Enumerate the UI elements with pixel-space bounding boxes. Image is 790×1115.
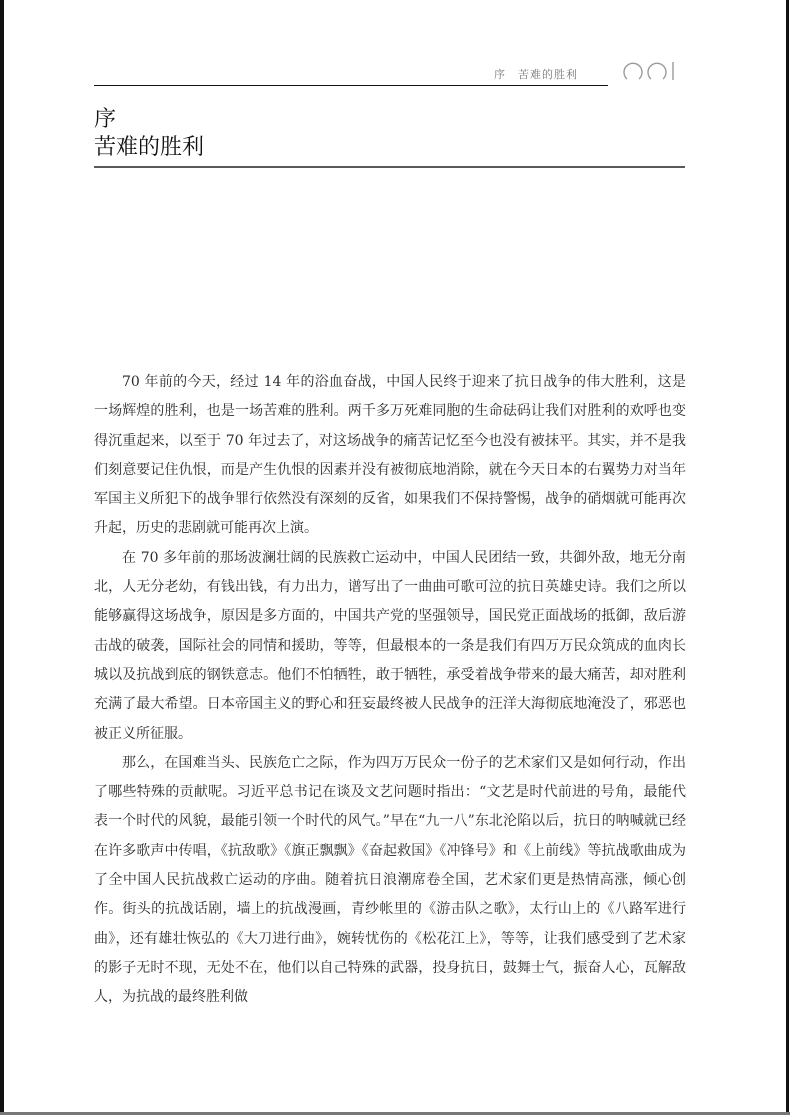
page-number-digit-0-icon: [622, 60, 644, 82]
chapter-title: 苦难的胜利: [94, 134, 685, 162]
chapter-label: 序: [94, 106, 685, 134]
body-text: 70 年前的今天，经过 14 年的浴血奋战，中国人民终于迎来了抗日战争的伟大胜利…: [94, 368, 686, 1013]
page-number-digit-0-icon: [646, 60, 668, 82]
paragraph: 那么，在国难当头、民族危亡之际，作为四万万民众一份子的艺术家们又是如何行动，作出…: [94, 749, 686, 1013]
page-border-right: [786, 0, 789, 1115]
chapter-title-block: 序 苦难的胜利: [94, 106, 685, 168]
page-number: [622, 60, 676, 82]
paragraph: 70 年前的今天，经过 14 年的浴血奋战，中国人民终于迎来了抗日战争的伟大胜利…: [94, 368, 686, 544]
running-head: 序 苦难的胜利: [94, 60, 608, 86]
paragraph: 在 70 多年前的那场波澜壮阔的民族救亡运动中，中国人民团结一致，共御外敌，地无…: [94, 544, 686, 749]
running-head-title: 序 苦难的胜利: [494, 66, 578, 82]
page-border-left: [0, 0, 4, 1115]
page-number-digit-1-icon: [670, 60, 676, 82]
